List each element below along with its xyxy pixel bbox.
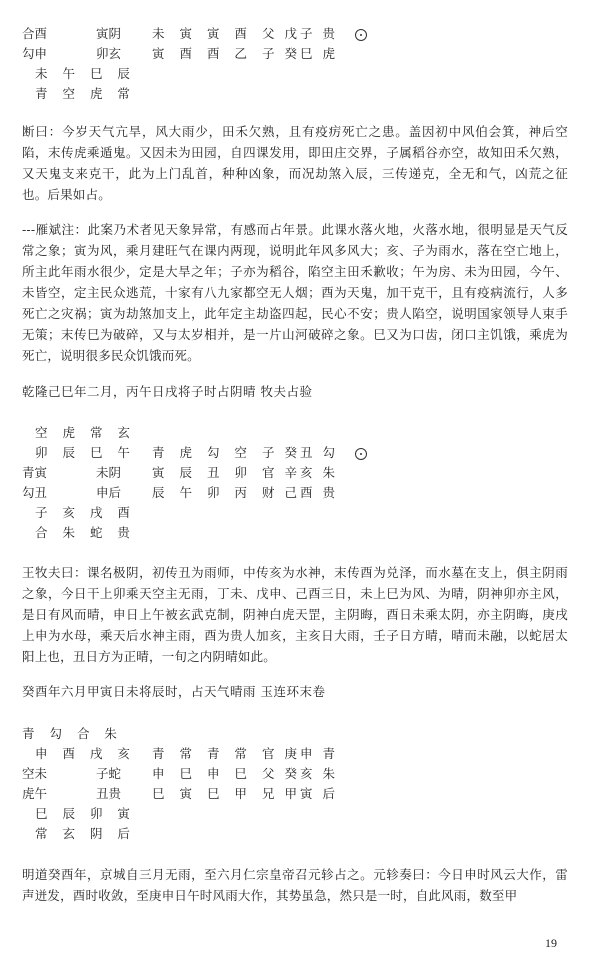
four-lesson-right: 寅阴 <box>96 26 121 42</box>
mingdao-paragraph: 明道癸酉年，京城自三月无雨，至六月仁宗皇帝召元轸占之。元轸奏曰：今日申时风云大作… <box>22 864 568 906</box>
branch-row: 申 酉 戌 亥 <box>35 746 135 762</box>
branch-row: 子 亥 戌 酉 <box>35 505 135 521</box>
case2-title: 乾隆己巳年二月，丙午日戌将子时占阴晴 牧夫占验 <box>22 384 312 400</box>
general-row: 青 空 虎 常 <box>35 86 135 102</box>
four-lesson-left: 合酉 <box>22 26 47 42</box>
judgement-paragraph: 断曰：今岁天气亢旱，风大雨少，田禾欠熟，且有疫疠死亡之患。盖因初中风伯会箕，神后… <box>22 121 568 205</box>
three-transmissions: 官 庚申 青 <box>262 746 338 762</box>
three-transmissions: 官 辛亥 朱 <box>262 465 338 481</box>
four-lessons: 青 常 青 常 <box>152 746 252 762</box>
page-number: 19 <box>545 936 557 951</box>
four-lesson-right: 申后 <box>96 485 121 501</box>
four-lessons: 申 巳 申 巳 <box>152 766 252 782</box>
four-lesson-left: 空未 <box>22 766 47 782</box>
general-row: 常 玄 阴 后 <box>35 826 135 842</box>
four-lessons: 未 寅 寅 酉 <box>152 26 252 42</box>
four-lessons: 青 虎 勾 空 <box>152 445 252 461</box>
three-transmissions: 子 癸巳 虎 <box>262 46 338 62</box>
branch-row: 未 午 巳 辰 <box>35 66 135 82</box>
branch-row: 卯 辰 巳 午 <box>35 445 135 461</box>
sun-mark-icon <box>355 29 367 41</box>
four-lesson-left: 虎午 <box>22 786 47 802</box>
wang-mufu-paragraph: 王牧夫曰：课名极阴，初传丑为雨师，中传亥为水神，末传酉为兑泽，而水墓在支上，俱主… <box>22 562 568 667</box>
three-transmissions: 父 戊子 贵 <box>262 26 338 42</box>
general-row: 合 朱 蛇 贵 <box>35 525 135 541</box>
sun-mark-icon <box>355 448 367 460</box>
four-lessons: 寅 酉 酉 乙 <box>152 46 252 62</box>
four-lesson-right: 丑贵 <box>96 786 121 802</box>
four-lessons: 寅 辰 丑 卯 <box>152 465 252 481</box>
four-lesson-left: 青寅 <box>22 465 47 481</box>
four-lessons: 辰 午 卯 丙 <box>152 485 252 501</box>
four-lesson-right: 卯玄 <box>96 46 121 62</box>
four-lesson-left: 勾丑 <box>22 485 47 501</box>
four-lesson-right: 子蛇 <box>96 766 121 782</box>
three-transmissions: 兄 甲寅 后 <box>262 786 338 802</box>
four-lessons: 巳 寅 巳 甲 <box>152 786 252 802</box>
commentary-paragraph: ---雁斌注：此案乃术者见天象异常，有感而占年景。此课水落火地，火落水地，很明显… <box>22 219 568 366</box>
four-lesson-right: 未阴 <box>96 465 121 481</box>
three-transmissions: 子 癸丑 勾 <box>262 445 338 461</box>
three-transmissions: 财 己酉 贵 <box>262 485 338 501</box>
three-transmissions: 父 癸亥 朱 <box>262 766 338 782</box>
general-row: 青 勾 合 朱 <box>22 726 122 742</box>
case3-title: 癸酉年六月甲寅日未将辰时，占天气晴雨 玉连环末卷 <box>22 684 325 700</box>
four-lesson-left: 勾申 <box>22 46 47 62</box>
branch-row: 巳 辰 卯 寅 <box>35 806 135 822</box>
general-row: 空 虎 常 玄 <box>35 425 135 441</box>
